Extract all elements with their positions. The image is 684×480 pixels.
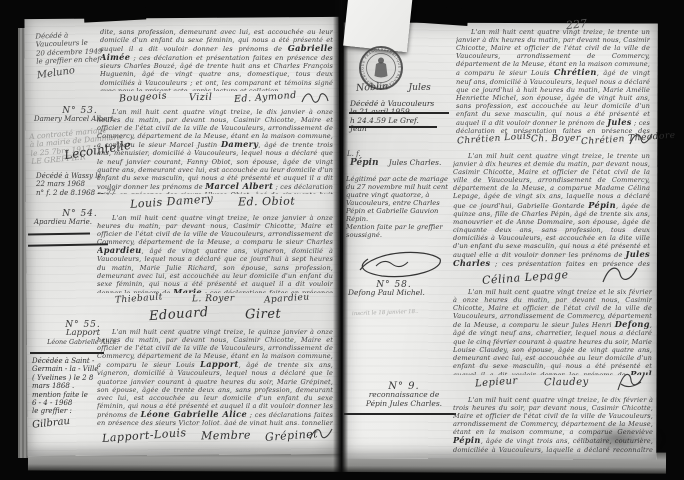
paraphe-flourish bbox=[615, 368, 647, 394]
margin-signature-jules: Jules bbox=[409, 83, 431, 93]
acte-paragraph: L'an mil huit cent quatre vingt treize, … bbox=[97, 328, 333, 425]
signature: Vizil bbox=[189, 92, 213, 103]
record-name: Apardieu bbox=[97, 245, 142, 255]
signature-line: EdouardGiret bbox=[130, 307, 300, 322]
margin-rule bbox=[349, 112, 449, 114]
record-name: Defong bbox=[615, 319, 650, 329]
paraphe-flourish bbox=[300, 90, 330, 106]
signature-line: BougeoisVizilEd. Aymond bbox=[108, 92, 308, 103]
signature: Thiebault bbox=[114, 292, 163, 305]
acte-paragraph: L'an mil huit cent quatre vingt treize e… bbox=[453, 288, 652, 375]
paraphe-flourish bbox=[600, 262, 640, 288]
signature: Apardieu bbox=[264, 292, 310, 305]
corner-smudge bbox=[572, 422, 664, 456]
record-name: Marcel Albert bbox=[205, 181, 273, 191]
signature: Claudey bbox=[544, 377, 589, 389]
record-name: Damery bbox=[221, 139, 258, 149]
signature-line: Louis DameryEd. Obiot bbox=[118, 195, 308, 208]
acte-paragraph: L'an mil huit cent quatre vingt treize, … bbox=[97, 214, 333, 293]
signature-line: LepieurClaudey bbox=[462, 377, 602, 388]
signature: Edouard bbox=[148, 305, 209, 324]
republique-francaise-stamp-icon: RÉPUBLIQUE FRANÇAISE ★ RÉPUBLIQUE FRANÇA… bbox=[358, 45, 404, 95]
signature: Giret bbox=[245, 307, 281, 323]
margin-note-acte-9-reconnaissance: N° 9. reconnaissance de Pépin Jules Char… bbox=[352, 383, 456, 408]
signature: Ed. Aymond bbox=[234, 90, 297, 105]
signature: Bougeois bbox=[119, 90, 168, 104]
legitimation-name: Pépin bbox=[350, 158, 379, 168]
acte-paragraph: dite, sans profession, demeurant avec lu… bbox=[100, 28, 333, 91]
acte-name: Defong Paul Michel. bbox=[348, 289, 440, 297]
acte-paragraph: L'an mil huit cent quatre vingt treize, … bbox=[456, 28, 650, 133]
margin-rule bbox=[349, 126, 437, 128]
signature-line: Célina Lepage bbox=[465, 271, 585, 284]
margin-note-acte-58: N° 58. Defong Paul Michel. bbox=[348, 281, 440, 298]
signature: L. Royer bbox=[192, 294, 235, 305]
signature: Ch. Boyer bbox=[531, 134, 581, 145]
legitimation-name-2: Jules Charles. bbox=[389, 158, 442, 167]
margin-rule bbox=[30, 352, 104, 354]
signature: Ed. Obiot bbox=[238, 195, 295, 209]
record-name: Chrétien bbox=[554, 67, 597, 77]
signature: Lepieur bbox=[475, 376, 518, 390]
margin-note-deces-noblin: Décédé à Vaucouleursle 21 avril 1959h 24… bbox=[350, 100, 454, 134]
scanned-register-photo: RÉPUBLIQUE FRANÇAISE ★ RÉPUBLIQUE FRANÇA… bbox=[0, 0, 684, 480]
paraphe-flourish bbox=[628, 130, 654, 148]
record-name: Marie bbox=[173, 287, 202, 293]
paraphe-flourish bbox=[308, 425, 334, 443]
record-name: Pépin bbox=[453, 435, 481, 445]
acte-paragraph: L'an mil huit cent quatre vingt treize, … bbox=[97, 108, 333, 194]
signature-line: Chrétien LouisCh. BoyerChrétien Théodore bbox=[457, 134, 627, 144]
signature-flourish-oval bbox=[352, 246, 446, 282]
signature-line: Lapport-LouisMembreGrépinet bbox=[95, 429, 325, 442]
acte-paragraph: L'an mil huit cent quatre vingt treize, … bbox=[453, 152, 650, 267]
record-name: Léone Gabrielle Alice bbox=[141, 409, 248, 419]
margin-note-legitimation: Légitimé par acte de mariagedu 27 novemb… bbox=[346, 175, 460, 239]
margin-rule bbox=[344, 413, 456, 415]
record-name: Jules bbox=[607, 117, 632, 127]
record-name: Pépin bbox=[588, 200, 616, 210]
signature-line: ThiebaultL. RoyerApardieu bbox=[100, 294, 325, 304]
record-name: Lapport bbox=[200, 359, 239, 369]
signature: Membre bbox=[201, 429, 251, 443]
